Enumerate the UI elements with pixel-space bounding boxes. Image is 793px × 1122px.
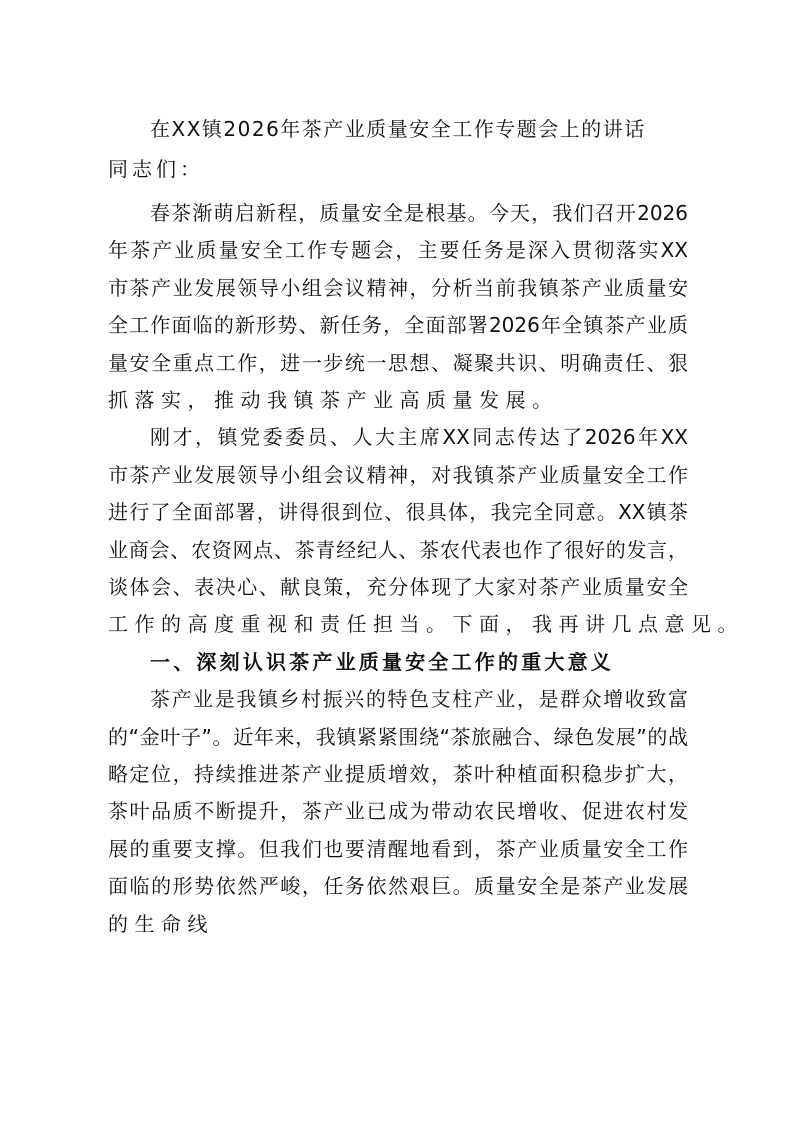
paragraph-line: 春茶渐萌启新程，质量安全是根基。今天，我们召开2026 (150, 201, 688, 225)
paragraph-line: 的生命线 (108, 912, 688, 936)
paragraph-line: 市茶产业发展领导小组会议精神，分析当前我镇茶产业质量安 (108, 276, 688, 300)
paragraph-line: 抓落实，推动我镇茶产业高质量发展。 (108, 388, 688, 412)
paragraph-line: 面临的形势依然严峻，任务依然艰巨。质量安全是茶产业发展 (108, 874, 688, 898)
paragraph-line: 工作的高度重视和责任担当。下面，我再讲几点意见。 (108, 612, 688, 636)
salutation: 同志们： (108, 157, 688, 181)
paragraph-line: 市茶产业发展领导小组会议精神，对我镇茶产业质量安全工作 (108, 463, 688, 487)
paragraph-line: 刚才，镇党委委员、人大主席XX同志传达了2026年XX (150, 425, 688, 449)
paragraph-line: 略定位，持续推进茶产业提质增效，茶叶种植面积稳步扩大， (108, 762, 688, 786)
paragraph-line: 业商会、农资网点、茶青经纪人、茶农代表也作了很好的发言， (108, 538, 688, 562)
paragraph-line: 进行了全面部署，讲得很到位、很具体，我完全同意。XX镇茶 (108, 500, 688, 524)
paragraph-line: 茶产业是我镇乡村振兴的特色支柱产业，是群众增收致富 (150, 687, 688, 711)
paragraph-line: 的“金叶子”。近年来，我镇紧紧围绕“茶旅融合、绿色发展”的战 (108, 725, 688, 749)
paragraph-line: 全工作面临的新形势、新任务，全面部署2026年全镇茶产业质 (108, 313, 688, 337)
document-title: 在XX镇2026年茶产业质量安全工作专题会上的讲话 (150, 117, 730, 141)
section-heading: 一、深刻认识茶产业质量安全工作的重大意义 (150, 650, 688, 674)
paragraph-line: 谈体会、表决心、献良策，充分体现了大家对茶产业质量安全 (108, 575, 688, 599)
paragraph-line: 年茶产业质量安全工作专题会，主要任务是深入贯彻落实XX (108, 238, 688, 262)
paragraph-line: 茶叶品质不断提升，茶产业已成为带动农民增收、促进农村发 (108, 799, 688, 823)
paragraph-line: 量安全重点工作，进一步统一思想、凝聚共识、明确责任、狠 (108, 351, 688, 375)
document-page: 在XX镇2026年茶产业质量安全工作专题会上的讲话 同志们： 春茶渐萌启新程，质… (0, 0, 793, 1122)
paragraph-line: 展的重要支撑。但我们也要清醒地看到，茶产业质量安全工作 (108, 837, 688, 861)
